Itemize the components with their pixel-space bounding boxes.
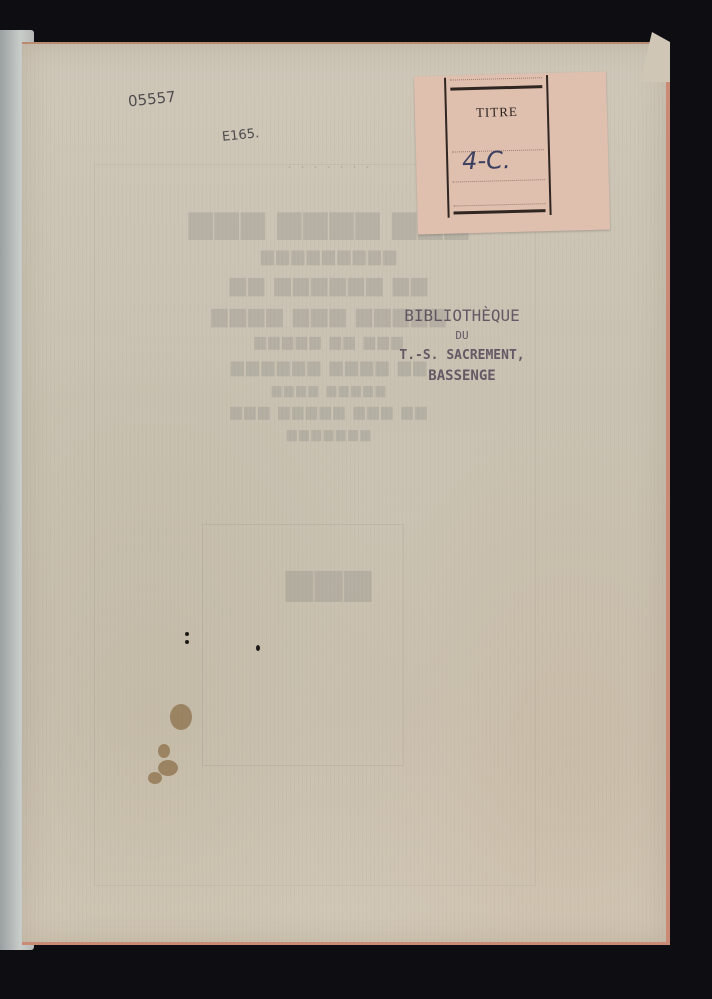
label-handwritten-value: 4-C.: [462, 146, 511, 175]
label-title: TITRE: [447, 103, 547, 122]
label-box: TITRE 4-C.: [444, 75, 552, 218]
foxing-stain: [170, 704, 192, 730]
foxing-stain: [158, 760, 178, 776]
stamp-line-3: T.-S. SACREMENT,: [372, 346, 552, 366]
library-stamp: BIBLIOTHÈQUE DU T.-S. SACREMENT, BASSENG…: [372, 306, 552, 386]
label-dotted-line: [453, 203, 545, 206]
title-label: TITRE 4-C.: [414, 72, 610, 235]
ink-speck: [185, 640, 189, 644]
label-top-bar: [450, 85, 542, 90]
foxing-stain: [148, 772, 162, 784]
showthrough-line: ▆▆ ▆▆▆ ▆▆▆▆▆ ▆▆▆: [92, 404, 562, 421]
ink-speck: [185, 632, 189, 636]
stamp-line-4: BASSENGE: [372, 366, 552, 386]
showthrough-line: ▆▆▆: [92, 562, 562, 602]
showthrough-line: ▆▆▆▆▆▆▆: [92, 427, 562, 442]
book-page: · · · · · · · ▆▆▆ ▆▆▆▆ ▆▆▆ ▆▆▆▆▆▆▆▆▆ ▆▆ …: [22, 42, 670, 945]
label-bottom-bar: [454, 209, 546, 214]
showthrough-line: ▆▆ ▆▆▆▆▆▆ ▆▆: [92, 272, 562, 297]
ink-speck: [256, 645, 260, 651]
label-dotted-line: [453, 179, 545, 182]
foxing-stain: [158, 744, 170, 758]
label-dotted-line: [450, 77, 542, 80]
stamp-line-2: DU: [372, 326, 552, 346]
stamp-line-1: BIBLIOTHÈQUE: [372, 306, 552, 326]
showthrough-line: ▆▆▆▆▆▆▆▆▆: [92, 246, 562, 266]
